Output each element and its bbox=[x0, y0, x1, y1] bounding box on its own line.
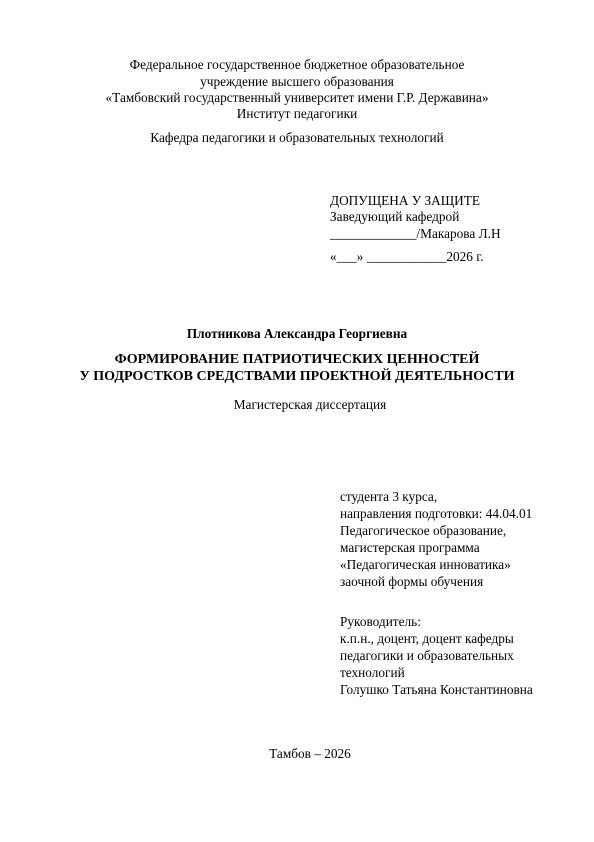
approval-signature-line: _____________/Макарова Л.Н bbox=[330, 226, 501, 242]
thesis-title-line-1: ФОРМИРОВАНИЕ ПАТРИОТИЧЕСКИХ ЦЕННОСТЕЙ bbox=[0, 352, 594, 368]
student-info-line: направления подготовки: 44.04.01 bbox=[340, 505, 532, 522]
student-info-line: заочной формы обучения bbox=[340, 573, 532, 590]
author-name: Плотникова Александра Георгиевна bbox=[0, 326, 594, 342]
supervisor-name: Голушко Татьяна Константиновна bbox=[340, 681, 533, 698]
supervisor-info-line: технологий bbox=[340, 664, 533, 681]
student-info-line: «Педагогическая инноватика» bbox=[340, 556, 532, 573]
approval-role: Заведующий кафедрой bbox=[330, 209, 459, 225]
institution-line-1: Федеральное государственное бюджетное об… bbox=[0, 57, 594, 73]
department-name: Кафедра педагогики и образовательных тех… bbox=[0, 130, 594, 146]
student-info-line: студента 3 курса, bbox=[340, 488, 532, 505]
city-year: Тамбов – 2026 bbox=[0, 746, 594, 762]
supervisor-label: Руководитель: bbox=[340, 613, 533, 630]
student-info: студента 3 курса, направления подготовки… bbox=[340, 488, 532, 590]
institute-name: Институт педагогики bbox=[0, 106, 594, 122]
approval-date-line: «___» ____________2026 г. bbox=[330, 249, 484, 265]
supervisor-info-line: педагогики и образовательных bbox=[340, 647, 533, 664]
approval-heading: ДОПУЩЕНА У ЗАЩИТЕ bbox=[330, 193, 480, 209]
thesis-type: Магистерская диссертация bbox=[0, 397, 594, 413]
student-info-line: магистерская программа bbox=[340, 539, 532, 556]
supervisor-info: Руководитель: к.п.н., доцент, доцент каф… bbox=[340, 613, 533, 698]
thesis-title-line-2: У ПОДРОСТКОВ СРЕДСТВАМИ ПРОЕКТНОЙ ДЕЯТЕЛ… bbox=[0, 369, 594, 385]
supervisor-info-line: к.п.н., доцент, доцент кафедры bbox=[340, 630, 533, 647]
institution-line-3: «Тамбовский государственный университет … bbox=[0, 90, 594, 106]
student-info-line: Педагогическое образование, bbox=[340, 522, 532, 539]
institution-line-2: учреждение высшего образования bbox=[0, 74, 594, 90]
